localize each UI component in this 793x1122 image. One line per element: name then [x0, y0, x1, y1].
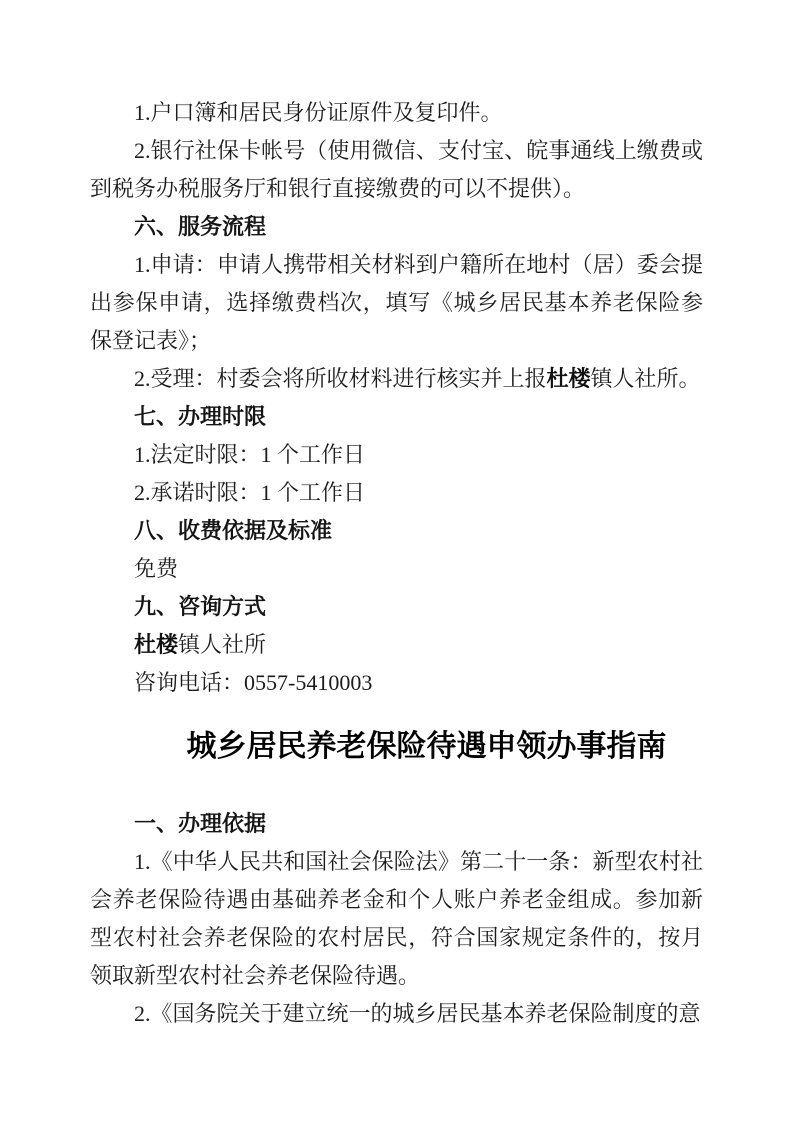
- para-required-doc-1: 1.户口簿和居民身份证原件及复印件。: [90, 94, 703, 132]
- heading-section-7-time-limit: 七、办理时限: [90, 398, 703, 436]
- guide2-document-title: 城乡居民养老保险待遇申领办事指南: [90, 722, 703, 772]
- para-accept-step: 2.受理：村委会将所收材料进行核实并上报杜楼镇人社所。: [90, 360, 703, 398]
- para-legal-time-limit: 1.法定时限：1 个工作日: [90, 436, 703, 474]
- para-promised-time-limit: 2.承诺时限：1 个工作日: [90, 474, 703, 512]
- heading-section-1-basis: 一、办理依据: [90, 805, 703, 843]
- para-contact-office: 杜楼镇人社所: [90, 626, 703, 664]
- contact-office-town-name: 杜楼: [134, 632, 178, 657]
- heading-section-9-contact-method: 九、咨询方式: [90, 588, 703, 626]
- accept-step-text: 2.受理：村委会将所收材料进行核实并上报: [134, 366, 547, 391]
- document-page: 1.户口簿和居民身份证原件及复印件。 2.银行社保卡帐号（使用微信、支付宝、皖事…: [0, 0, 793, 1122]
- para-required-doc-2: 2.银行社保卡帐号（使用微信、支付宝、皖事通线上缴费或到税务办税服务厅和银行直接…: [90, 132, 703, 208]
- accept-step-office-suffix: 镇人社所。: [591, 366, 701, 391]
- para-fee-free: 免费: [90, 550, 703, 588]
- para-legal-basis-2: 2.《国务院关于建立统一的城乡居民基本养老保险制度的意: [90, 995, 703, 1033]
- accept-step-town-name: 杜楼: [547, 366, 591, 391]
- contact-office-suffix: 镇人社所: [178, 632, 266, 657]
- para-legal-basis-1: 1.《中华人民共和国社会保险法》第二十一条：新型农村社会养老保险待遇由基础养老金…: [90, 843, 703, 995]
- para-apply-step: 1.申请：申请人携带相关材料到户籍所在地村（居）委会提出参保申请，选择缴费档次，…: [90, 246, 703, 360]
- heading-section-8-fee-basis: 八、收费依据及标准: [90, 512, 703, 550]
- para-contact-phone: 咨询电话：0557-5410003: [90, 664, 703, 702]
- heading-section-6-service-process: 六、服务流程: [90, 208, 703, 246]
